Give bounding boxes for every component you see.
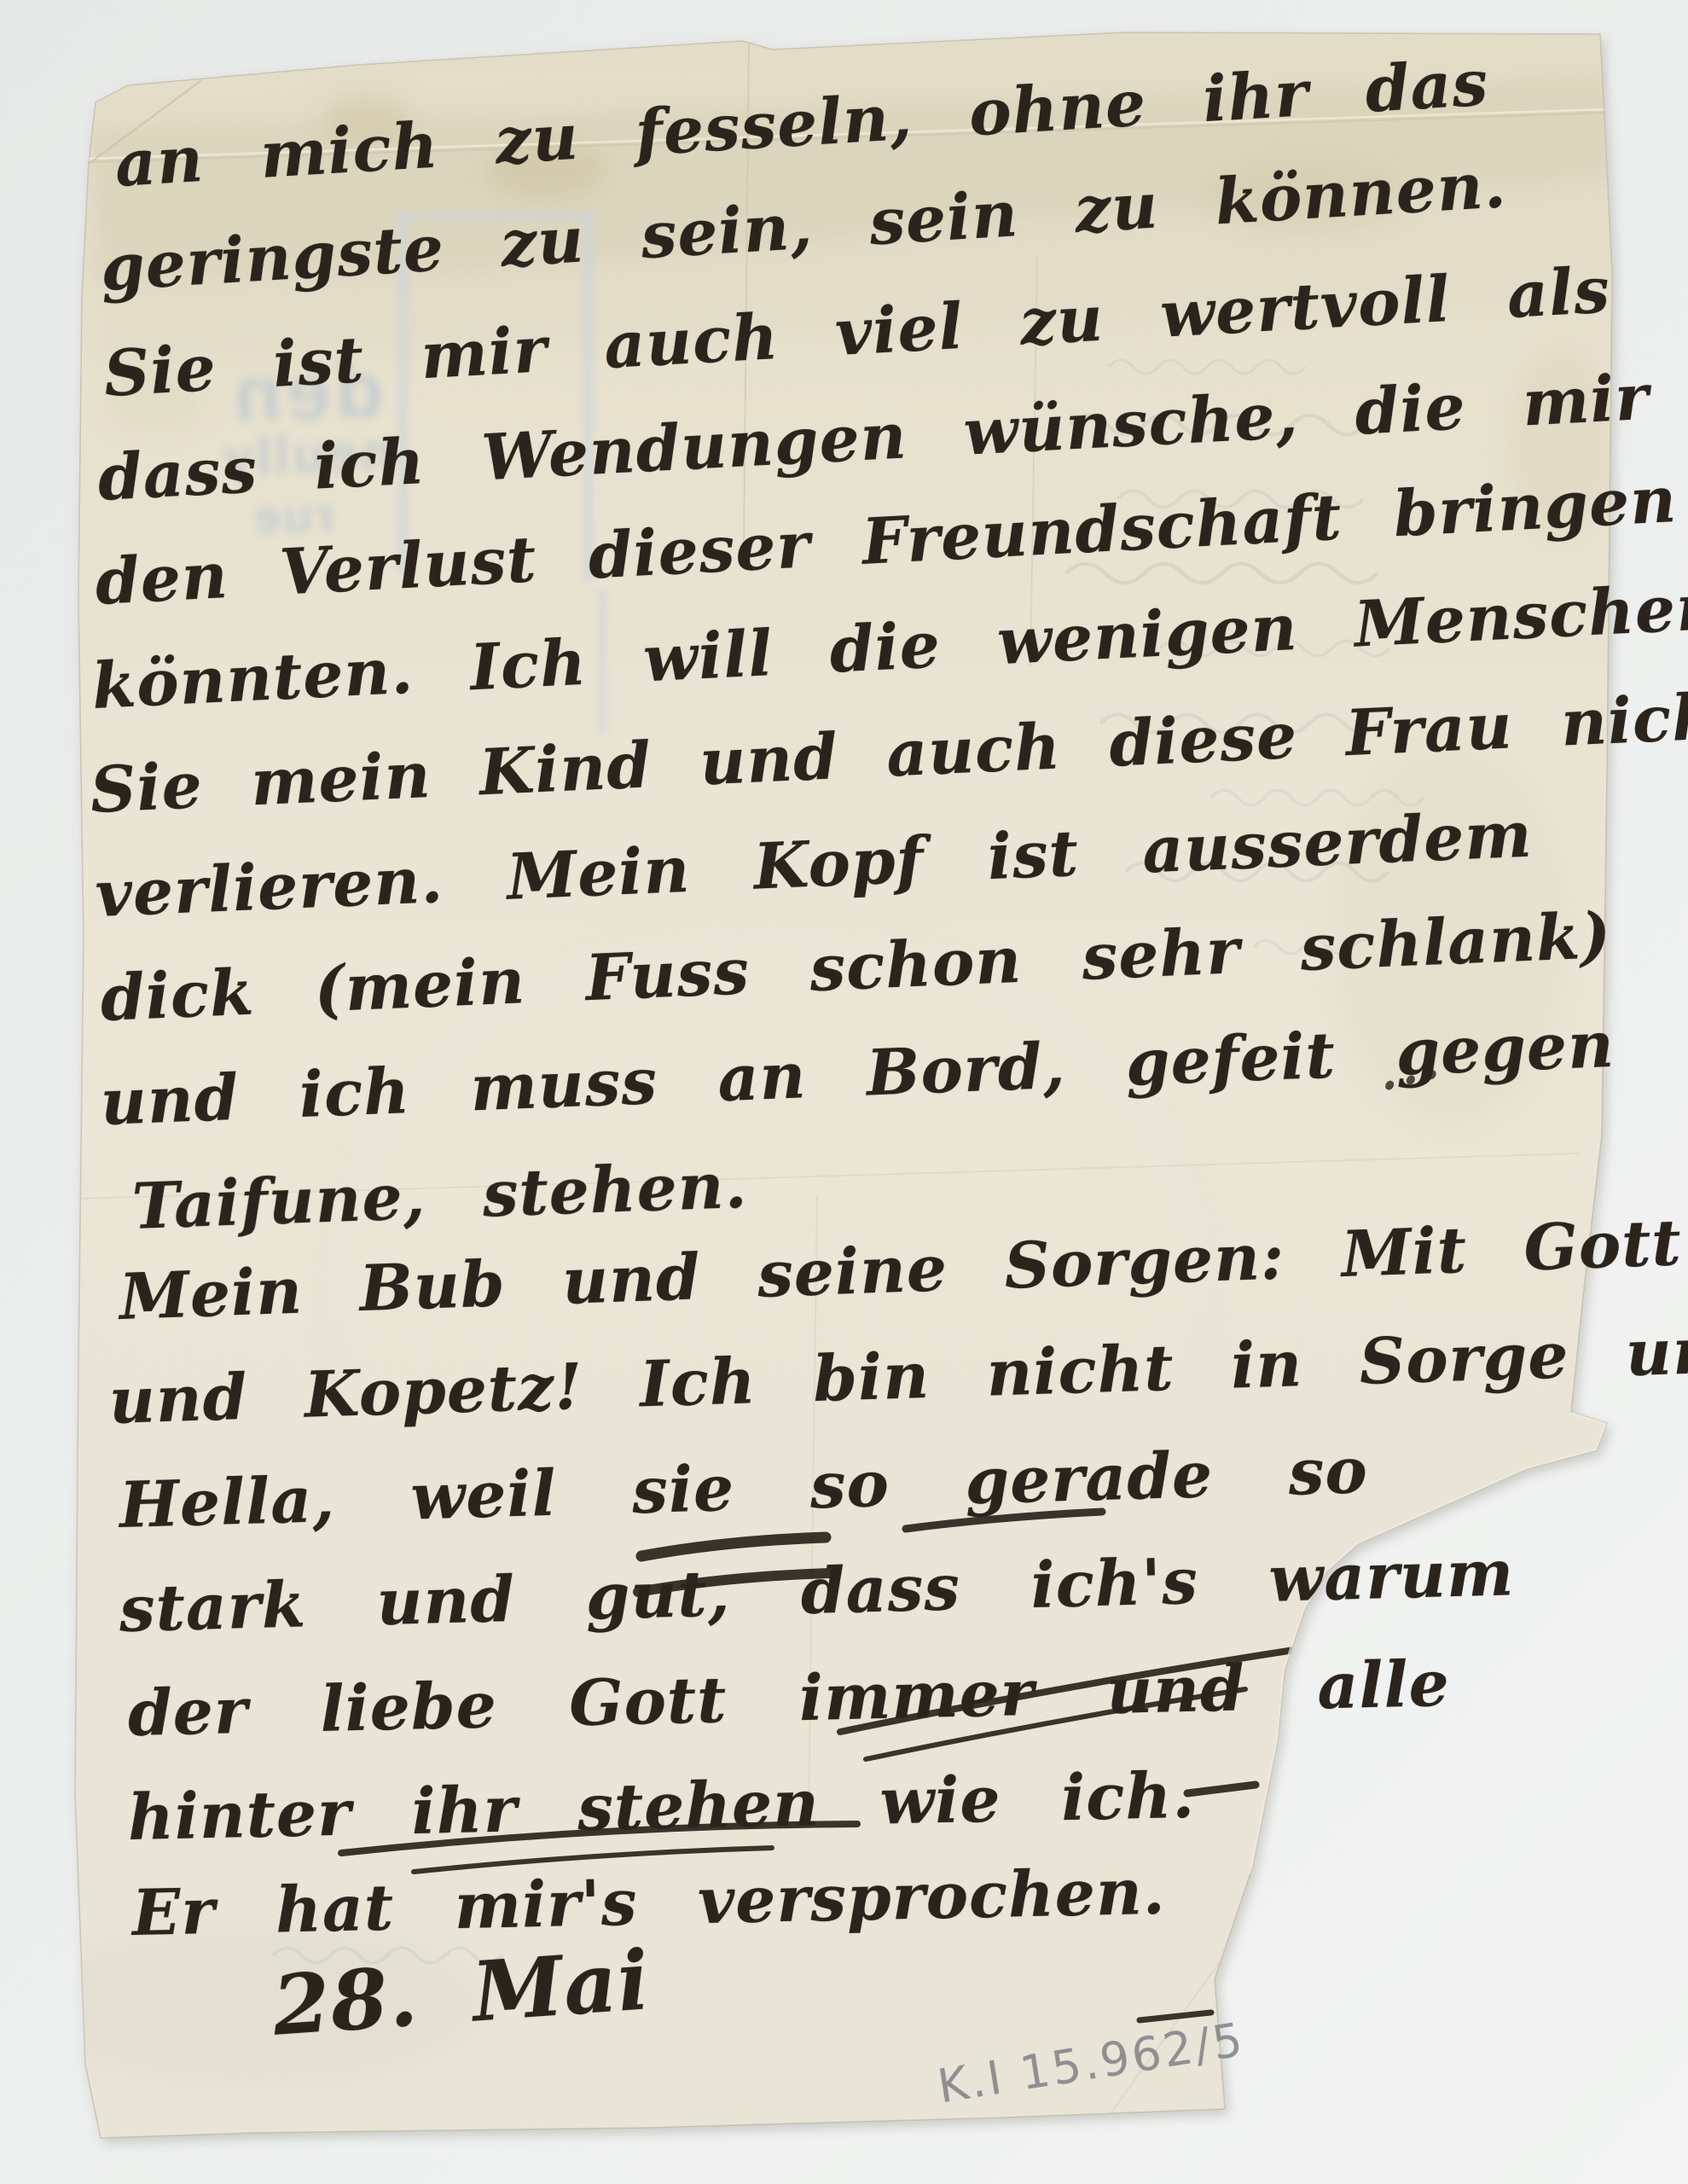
scanned-letter-page: den neully rue an mich zu fesseln, ohne … <box>0 0 1688 2184</box>
